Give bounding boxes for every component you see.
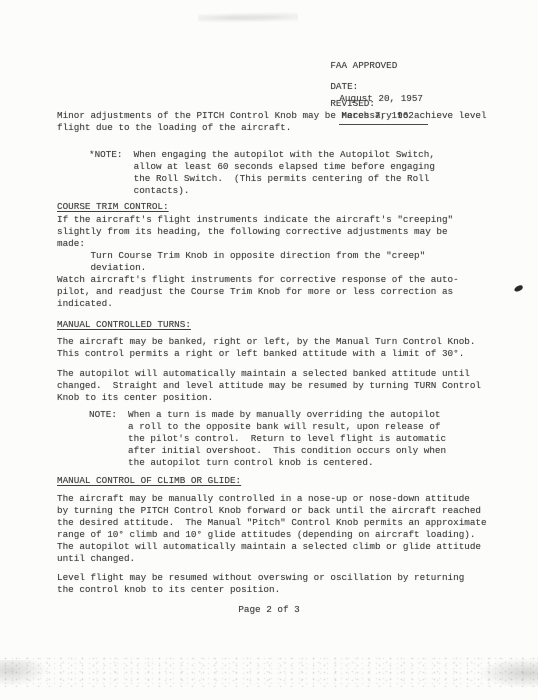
paragraph-level-flight: Level flight may be resumed without over… (57, 572, 464, 596)
paragraph-autopilot-maintain: The autopilot will automatically maintai… (57, 368, 481, 404)
revised-label: REVISED: (330, 98, 375, 110)
section-heading-course-trim-control: COURSE TRIM CONTROL: (57, 201, 169, 213)
note-autopilot-engage: *NOTE: When engaging the autopilot with … (89, 149, 435, 197)
note-turn-override: NOTE: When a turn is made by manually ov… (89, 409, 446, 469)
scan-smudge (198, 12, 298, 24)
section-heading-climb-or-glide: MANUAL CONTROL OF CLIMB OR GLIDE: (57, 475, 241, 487)
scan-noise-corner-left (0, 660, 48, 686)
section-heading-manual-controlled-turns: MANUAL CONTROLLED TURNS: (57, 319, 191, 331)
paragraph-pitch-adjustments: Minor adjustments of the PITCH Control K… (57, 110, 487, 134)
paragraph-banked-turns: The aircraft may be banked, right or lef… (57, 336, 475, 360)
paragraph-climb-glide: The aircraft may be manually controlled … (57, 493, 487, 565)
page-number: Page 2 of 3 (0, 604, 538, 616)
ink-mark (513, 284, 523, 292)
scan-noise-band (0, 655, 538, 687)
paragraph-course-trim: If the aircraft's flight instruments ind… (57, 214, 459, 310)
scanned-document-page: FAA APPROVED DATE: August 20, 1957 REVIS… (0, 0, 538, 700)
scan-noise-corner-right (478, 658, 538, 688)
